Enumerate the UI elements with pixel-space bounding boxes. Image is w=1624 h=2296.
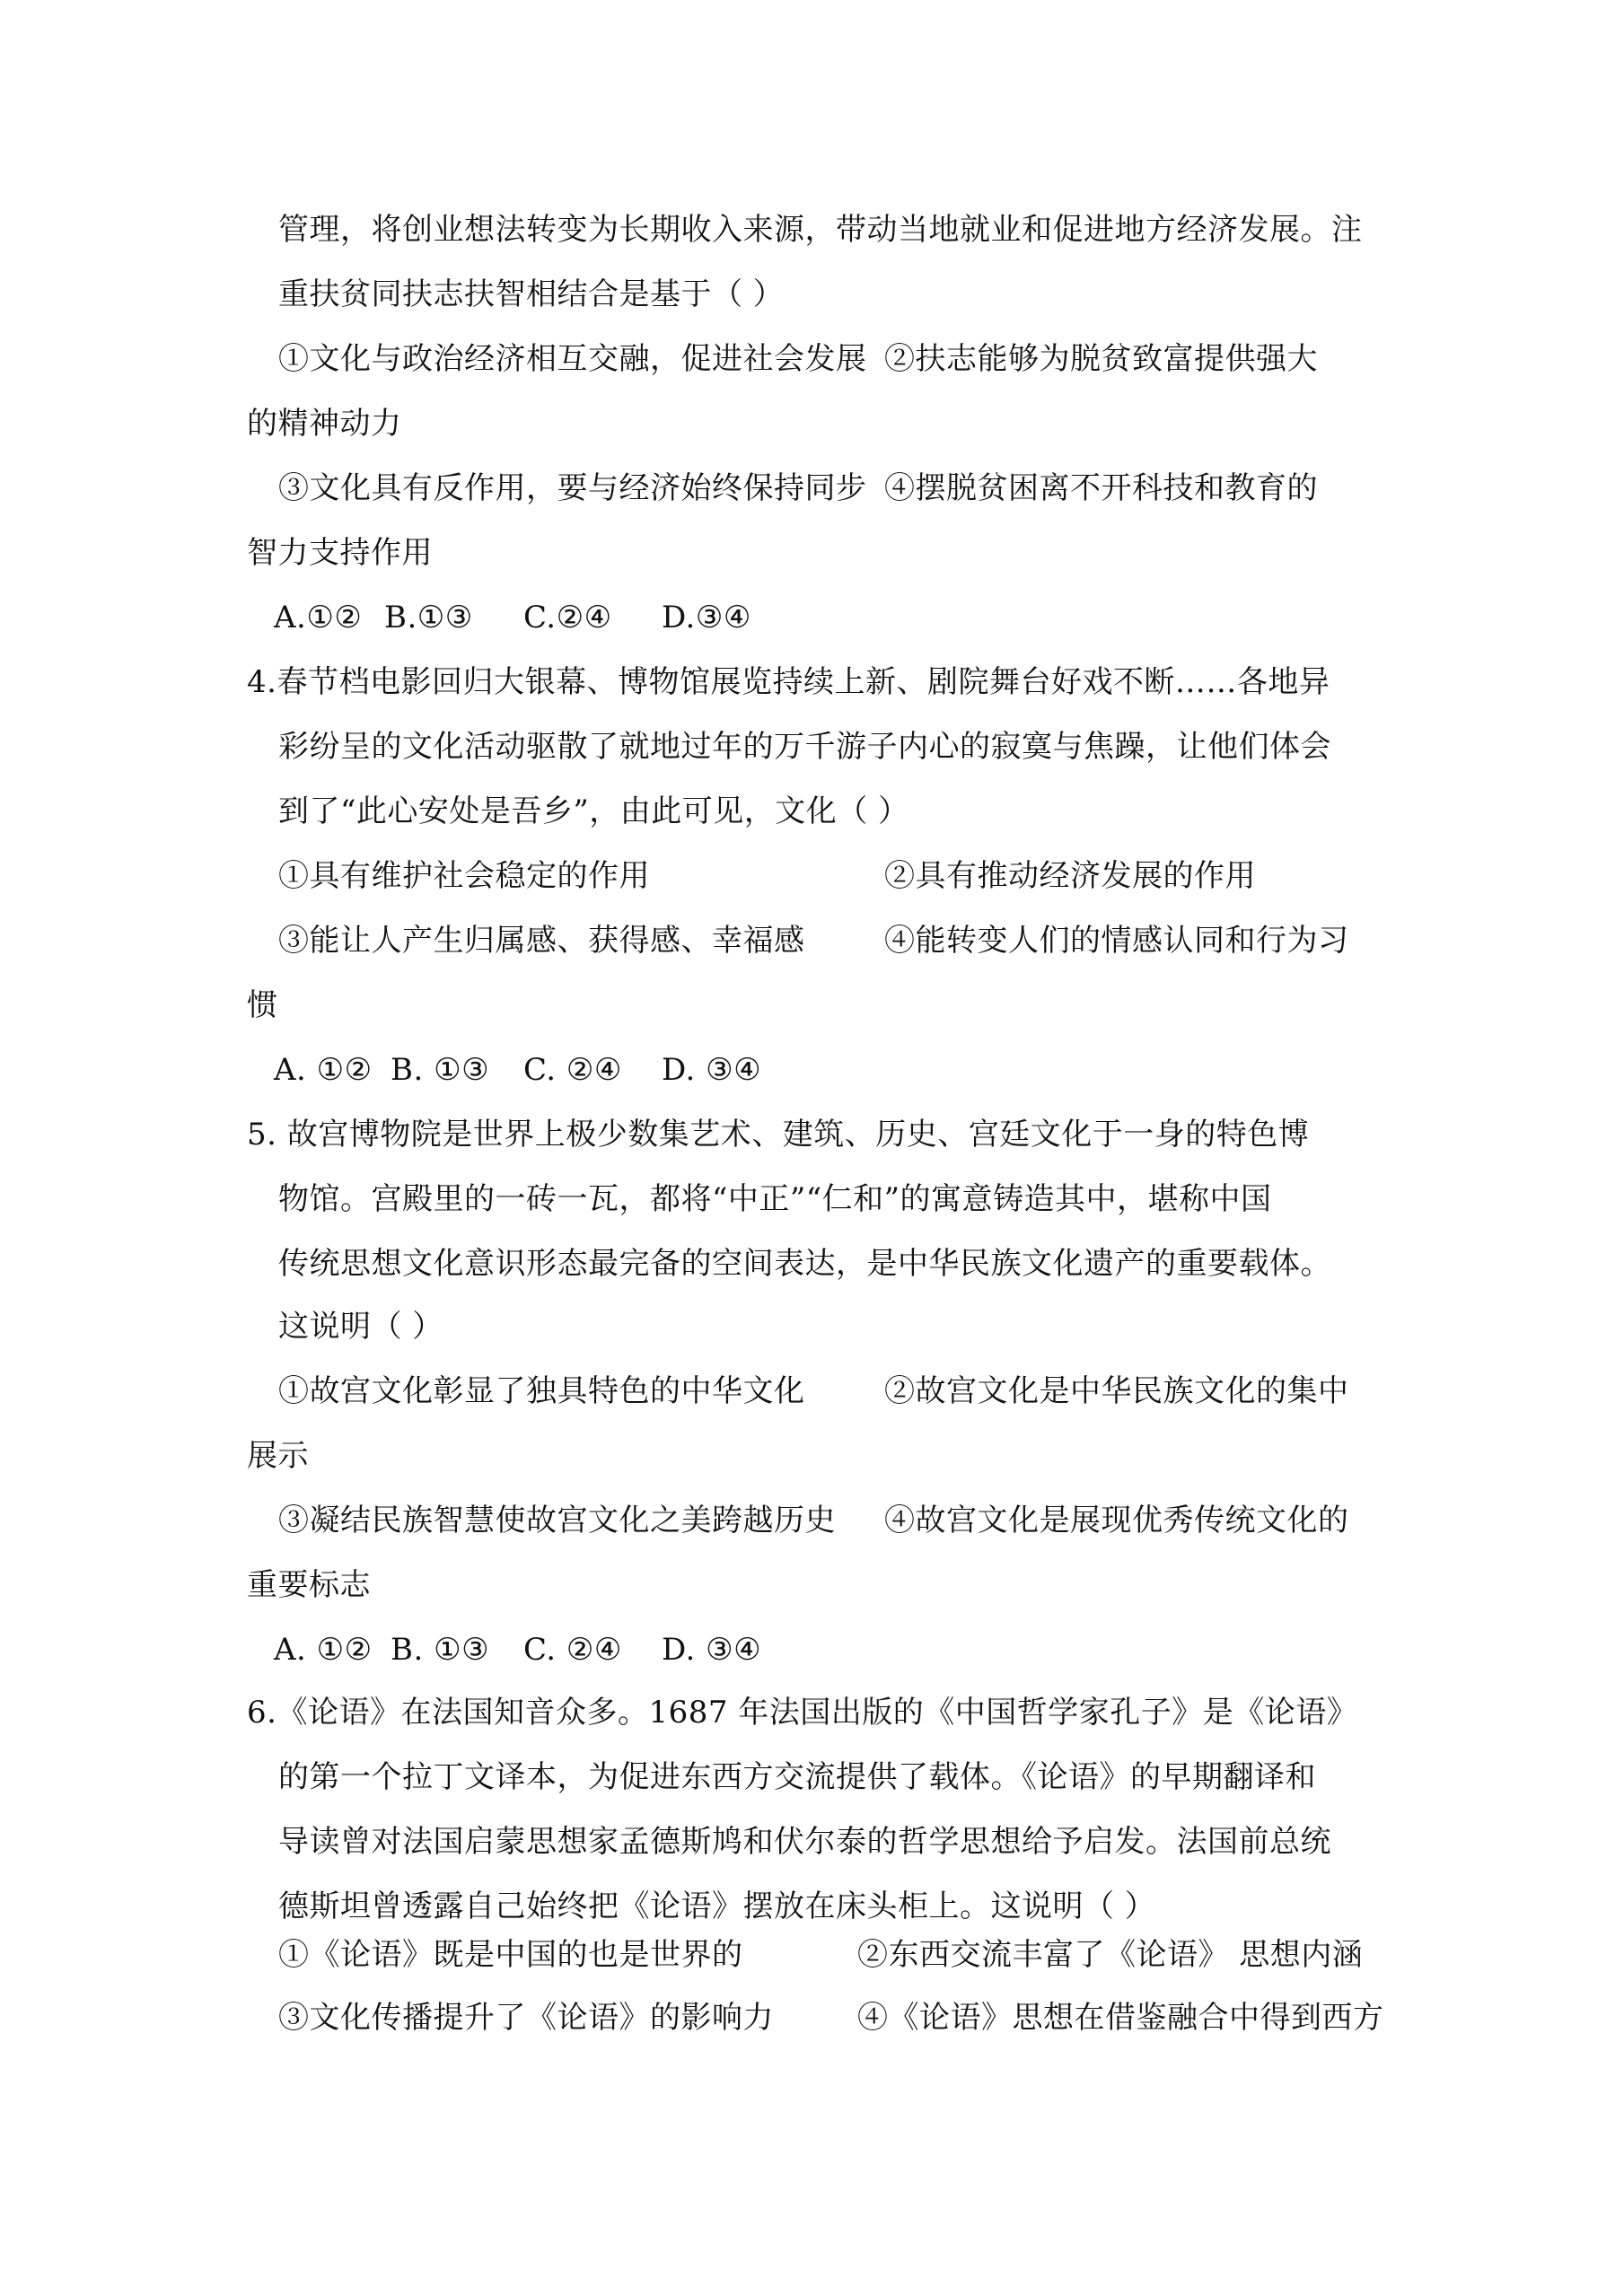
- exam-page: 管理，将创业想法转变为长期收入来源，带动当地就业和促进地方经济发展。注 重扶贫同…: [0, 0, 1624, 2296]
- q3-option-1: ①文化与政治经济相互交融，促进社会发展: [278, 341, 867, 377]
- q3-choice-d[interactable]: D.③④: [662, 600, 751, 635]
- q3-option-3: ③文化具有反作用，要与经济始终保持同步: [278, 470, 867, 506]
- q5-stem-line-2: 物馆。宫殿里的一砖一瓦，都将“中正”“仁和”的寓意铸造其中，堪称中国: [278, 1181, 1272, 1217]
- q3-option-4: ④摆脱贫困离不开科技和教育的: [884, 470, 1318, 506]
- q5-stem-line-3: 传统思想文化意识形态最完备的空间表达，是中华民族文化遗产的重要载体。: [278, 1246, 1331, 1282]
- q4-option-4-wrap: 惯: [247, 987, 278, 1023]
- q4-choice-b[interactable]: B. ①③: [391, 1052, 489, 1088]
- q4-stem-line-1: 4.春节档电影回归大银幕、博物馆展览持续上新、剧院舞台好戏不断……各地异: [247, 664, 1330, 700]
- q4-choice-a[interactable]: A. ①②: [274, 1052, 373, 1088]
- q3-option-4-wrap: 智力支持作用: [247, 535, 433, 571]
- q6-option-4: ④《论语》思想在借鉴融合中得到西方: [857, 2000, 1384, 2036]
- q4-option-3: ③能让人产生归属感、获得感、幸福感: [278, 923, 805, 959]
- q3-stem-line-2: 重扶贫同扶志扶智相结合是基于（ ）: [278, 276, 784, 312]
- q4-option-2: ②具有推动经济发展的作用: [884, 858, 1256, 894]
- q5-choice-d[interactable]: D. ③④: [662, 1632, 761, 1668]
- q4-stem-line-2: 彩纷呈的文化活动驱散了就地过年的万千游子内心的寂寞与焦躁，让他们体会: [278, 729, 1331, 765]
- q5-option-4-wrap: 重要标志: [247, 1567, 371, 1603]
- q5-option-1: ①故宫文化彰显了独具特色的中华文化: [278, 1373, 805, 1409]
- q4-stem-line-3: 到了“此心安处是吾乡”，由此可见，文化（ ）: [278, 793, 909, 829]
- q5-choice-b[interactable]: B. ①③: [391, 1632, 489, 1668]
- q4-option-4: ④能转变人们的情感认同和行为习: [884, 923, 1349, 959]
- q6-option-3: ③文化传播提升了《论语》的影响力: [278, 2000, 774, 2036]
- q3-option-2: ②扶志能够为脱贫致富提供强大: [884, 341, 1318, 377]
- q6-option-2: ②东西交流丰富了《论语》 思想内涵: [857, 1937, 1363, 1973]
- q5-option-4: ④故宫文化是展现优秀传统文化的: [884, 1503, 1349, 1538]
- q5-stem-line-1: 5. 故宫博物院是世界上极少数集艺术、建筑、历史、宫廷文化于一身的特色博: [247, 1117, 1309, 1152]
- q5-choice-a[interactable]: A. ①②: [274, 1632, 373, 1668]
- q5-option-3: ③凝结民族智慧使故宫文化之美跨越历史: [278, 1503, 836, 1538]
- q6-stem-line-2: 的第一个拉丁文译本，为促进东西方交流提供了载体。《论语》的早期翻译和: [278, 1759, 1316, 1795]
- q4-option-1: ①具有维护社会稳定的作用: [278, 858, 650, 894]
- q6-stem-line-3: 导读曾对法国启蒙思想家孟德斯鸠和伏尔泰的哲学思想给予启发。法国前总统: [278, 1824, 1331, 1860]
- q3-stem-line-1: 管理，将创业想法转变为长期收入来源，带动当地就业和促进地方经济发展。注: [278, 212, 1363, 248]
- q4-choice-c[interactable]: C. ②④: [523, 1052, 622, 1088]
- q5-option-2-wrap: 展示: [247, 1438, 309, 1474]
- q6-stem-line-1: 6.《论语》在法国知音众多。1687 年法国出版的《中国哲学家孔子》是《论语》: [247, 1695, 1357, 1731]
- q5-choice-c[interactable]: C. ②④: [523, 1632, 622, 1668]
- q6-option-1: ①《论语》既是中国的也是世界的: [278, 1937, 743, 1973]
- q3-choice-c[interactable]: C.②④: [523, 600, 612, 635]
- q5-option-2: ②故宫文化是中华民族文化的集中: [884, 1373, 1349, 1409]
- q5-stem-line-4: 这说明（ ）: [278, 1309, 443, 1345]
- q3-choice-a[interactable]: A.①②: [274, 600, 362, 635]
- q3-choice-b[interactable]: B.①③: [384, 600, 473, 635]
- q3-option-2-wrap: 的精神动力: [247, 406, 402, 442]
- q4-choice-d[interactable]: D. ③④: [662, 1052, 761, 1088]
- q6-stem-line-4: 德斯坦曾透露自己始终把《论语》摆放在床头柜上。这说明（ ）: [278, 1889, 1155, 1924]
